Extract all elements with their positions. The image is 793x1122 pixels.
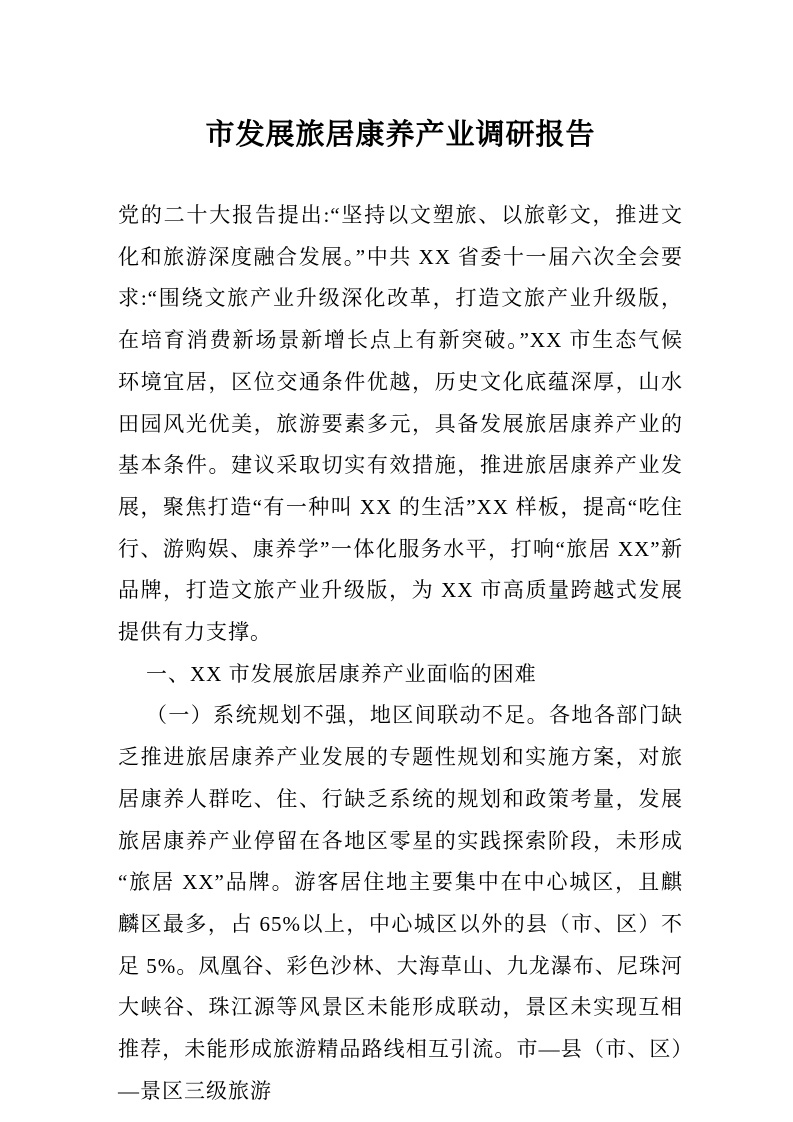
section-1-heading: 一、XX 市发展旅居康养产业面临的困难 (118, 654, 683, 696)
intro-paragraph: 党的二十大报告提出:“坚持以文塑旅、以旅彰文，推进文化和旅游深度融合发展。”中共… (118, 195, 683, 654)
document-page: 市发展旅居康养产业调研报告 党的二十大报告提出:“坚持以文塑旅、以旅彰文，推进文… (0, 0, 793, 1122)
document-title: 市发展旅居康养产业调研报告 (118, 112, 683, 158)
section-1-paragraph: （一）系统规划不强，地区间联动不足。各地各部门缺乏推进旅居康养产业发展的专题性规… (118, 695, 683, 1112)
